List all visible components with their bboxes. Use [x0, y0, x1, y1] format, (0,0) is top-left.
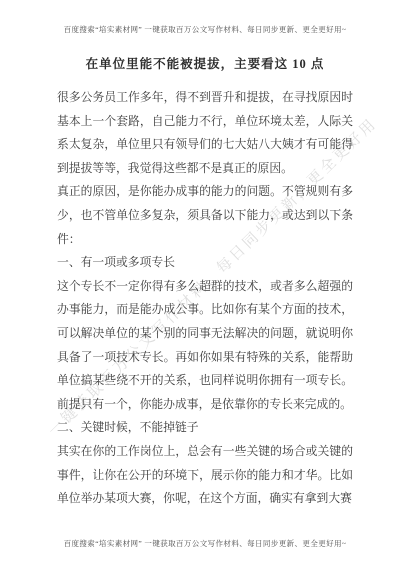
promo-banner-top: 百度搜索“培实素材网” 一键获取百万公文写作材料、每日同步更新、更全更好用~ [0, 24, 410, 35]
paragraph: 这个专长不一定你得有多么超群的技术，或者多么超强的办事能力，而是能办成公事。比如… [57, 275, 353, 417]
section-heading-1: 一、有一项或多项专长 [57, 251, 353, 275]
promo-banner-bottom: 百度搜索“培实素材网” 一键获取百万公文写作材料、每日同步更新、更全更好用~ [0, 538, 410, 549]
section-heading-2: 二、关键时候，不能掉链子 [57, 416, 353, 440]
paragraph: 真正的原因，是你能办成事的能力的问题。不管规则有多少，也不管单位多复杂，须具备以… [57, 180, 353, 251]
document-page: 一键获取百万公文写作材料，每日同步更新，更全更好用 百度搜索“培实素材网” 一键… [0, 0, 410, 580]
document-title: 在单位里能不能被提拔，主要看这 10 点 [0, 54, 410, 72]
paragraph: 其实在你的工作岗位上，总会有一些关键的场合或关键的事件，让你在公开的环境下，展示… [57, 440, 353, 511]
document-body: 很多公务员工作多年，得不到晋升和提拔，在寻找原因时基本上一个套路，自己能力不行，… [57, 86, 353, 511]
paragraph: 很多公务员工作多年，得不到晋升和提拔，在寻找原因时基本上一个套路，自己能力不行，… [57, 86, 353, 180]
